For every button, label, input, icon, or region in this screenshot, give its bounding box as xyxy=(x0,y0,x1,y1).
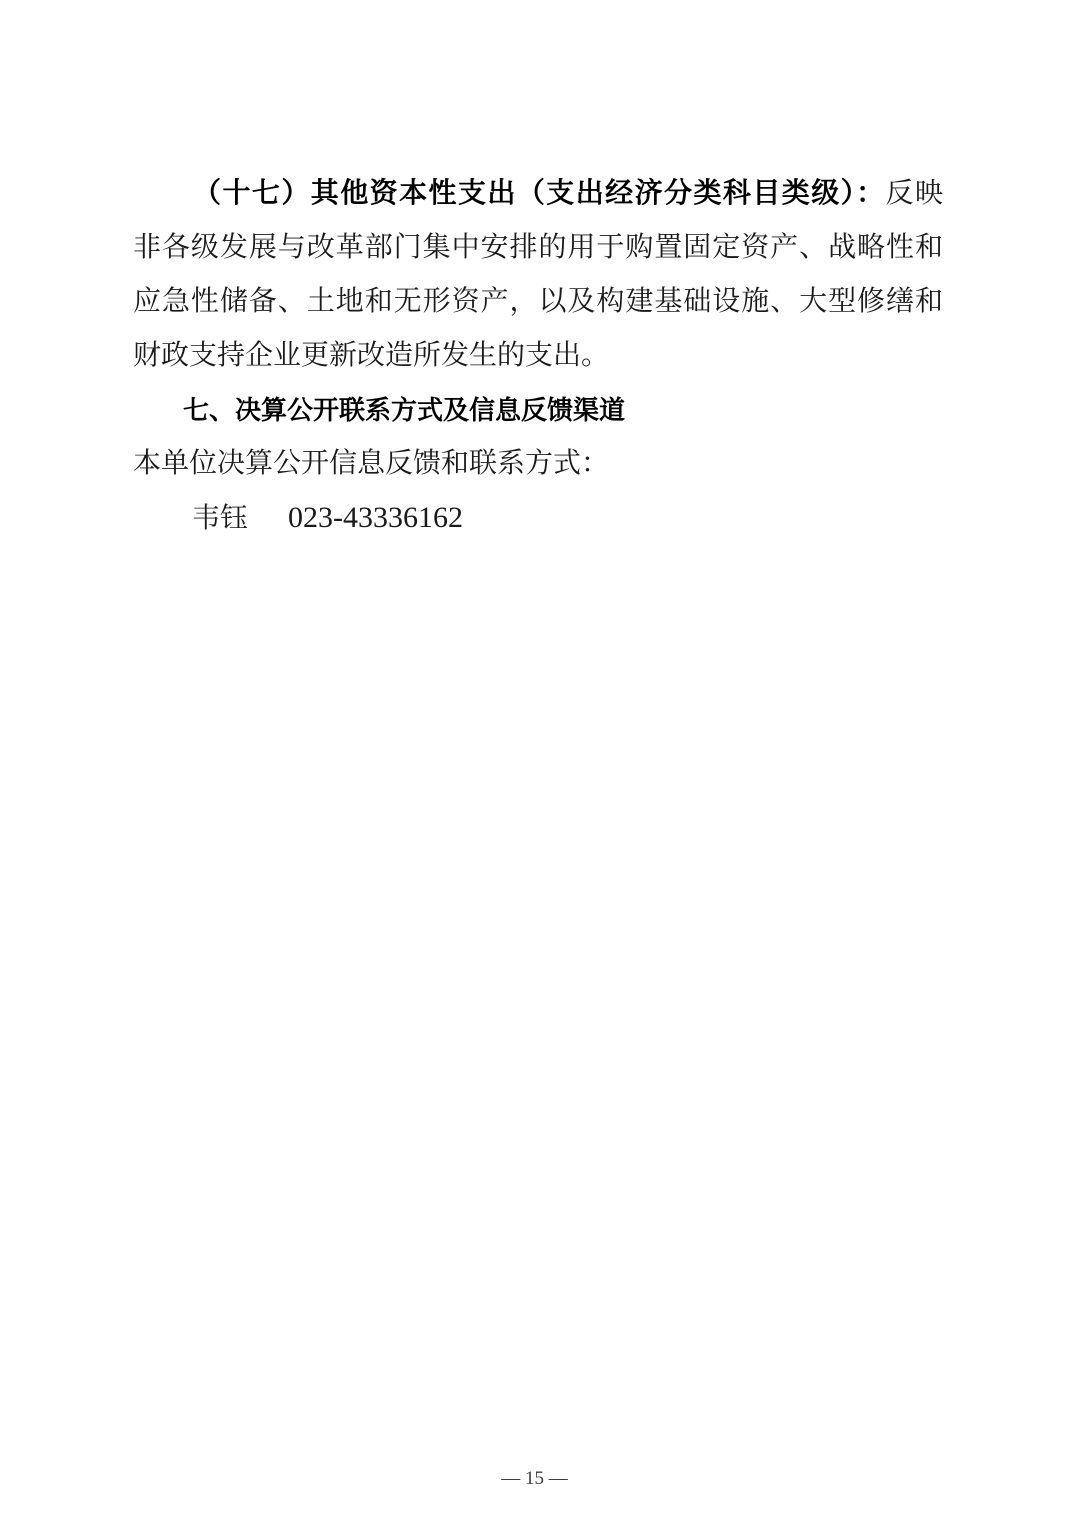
document-body: （十七）其他资本性支出（支出经济分类科目类级）：反映 非各级发展与改革部门集中安… xyxy=(133,167,943,545)
page-footer: — 15 — xyxy=(0,1466,1069,1492)
paragraph-line-2: 非各级发展与改革部门集中安排的用于购置固定资产、战略性和 xyxy=(133,221,943,275)
paragraph-line-3: 应急性储备、土地和无形资产，以及构建基础设施、大型修缮和 xyxy=(133,275,943,329)
section-heading: 七、决算公开联系方式及信息反馈渠道 xyxy=(133,383,943,437)
contact-name: 韦钰 xyxy=(192,503,248,534)
contact-row: 韦钰023-43336162 xyxy=(133,491,943,545)
paragraph-line-4: 财政支持企业更新改造所发生的支出。 xyxy=(133,329,943,383)
document-page: （十七）其他资本性支出（支出经济分类科目类级）：反映 非各级发展与改革部门集中安… xyxy=(0,0,1069,1515)
page-number: — 15 — xyxy=(501,1468,568,1489)
contact-intro-line: 本单位决算公开信息反馈和联系方式： xyxy=(133,437,943,491)
paragraph-lead-regular-text: 反映 xyxy=(886,178,943,209)
paragraph-line-1: （十七）其他资本性支出（支出经济分类科目类级）：反映 xyxy=(133,167,943,221)
paragraph-lead-bold-text: （十七）其他资本性支出（支出经济分类科目类级）： xyxy=(193,178,886,209)
contact-phone-number: 023-43336162 xyxy=(288,501,463,534)
